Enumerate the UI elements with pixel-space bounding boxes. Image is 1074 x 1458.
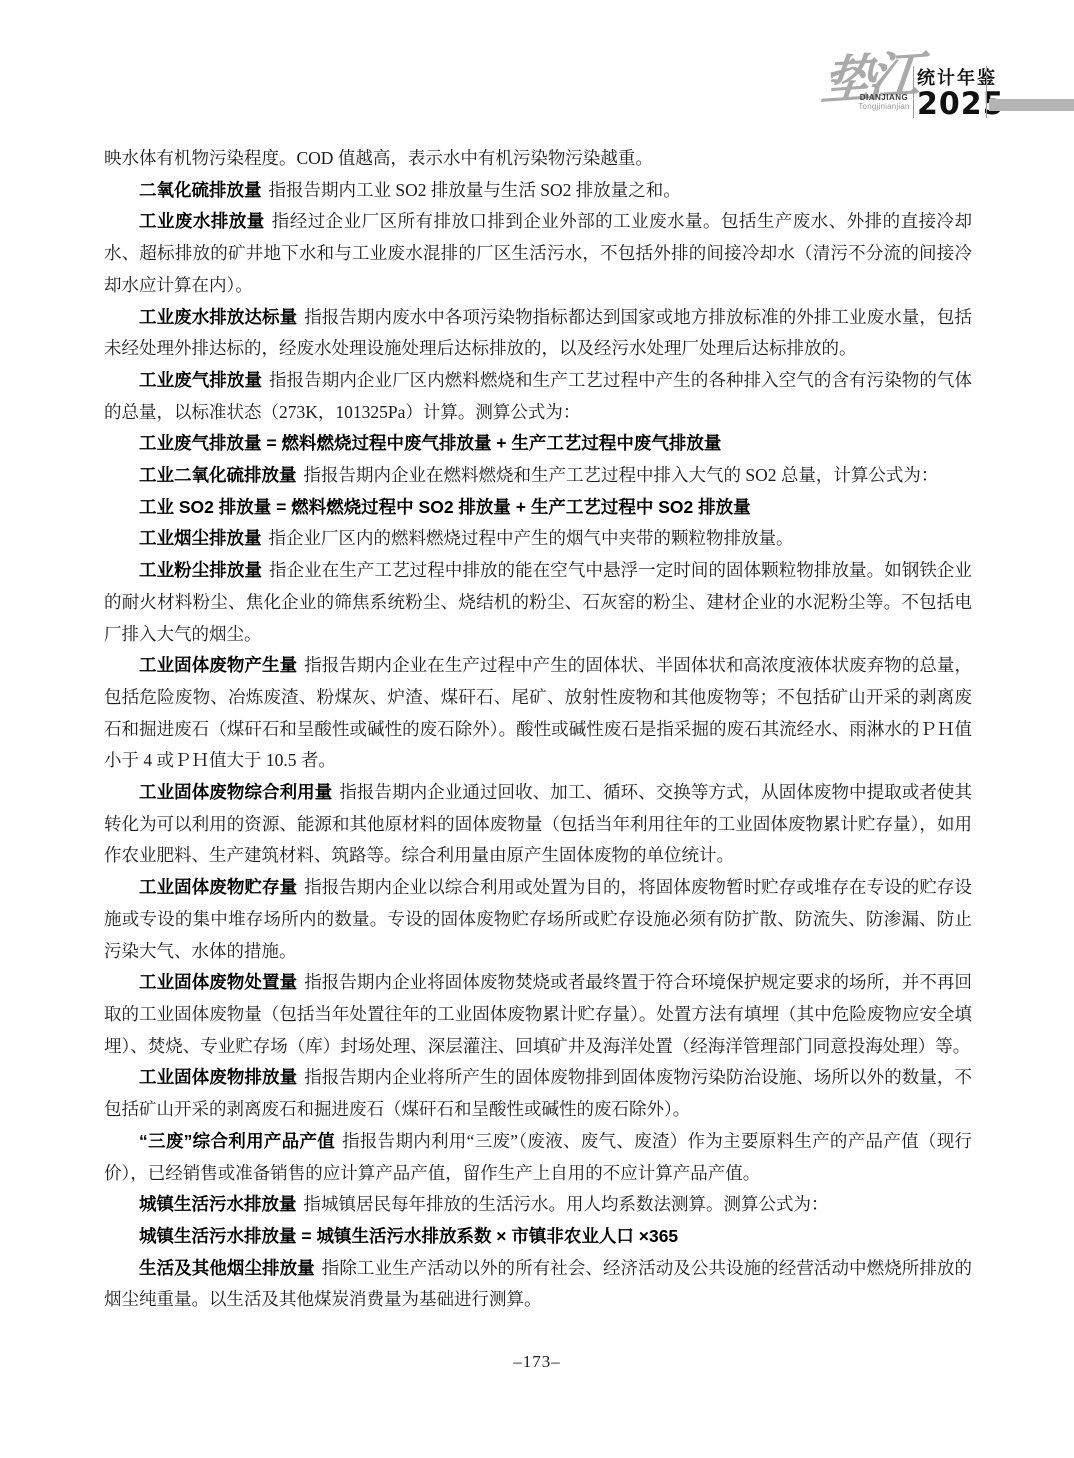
paragraph-continuation: 映水体有机物污染程度。COD 值越高，表示水中有机污染物污染越重。 — [104, 143, 972, 175]
definition-term: 工业废水排放达标量 — [139, 307, 297, 327]
formula-line: 工业废气排放量 = 燃料燃烧过程中废气排放量 + 生产工艺过程中废气排放量 — [104, 428, 972, 460]
definition-paragraph: 城镇生活污水排放量指城镇居民每年排放的生活污水。用人均系数法测算。测算公式为： — [104, 1189, 972, 1221]
definition-term: 城镇生活污水排放量 — [139, 1194, 297, 1214]
definition-paragraph: 工业固体废物产生量指报告期内企业在生产过程中产生的固体状、半固体状和高浓度液体状… — [104, 650, 972, 777]
definition-term: 工业烟尘排放量 — [139, 528, 262, 548]
definition-term: 工业粉尘排放量 — [139, 560, 262, 580]
document-body: 映水体有机物污染程度。COD 值越高，表示水中有机污染物污染越重。 二氧化硫排放… — [104, 143, 972, 1316]
definition-term: 工业废水排放量 — [139, 211, 265, 231]
definition-paragraph: 工业粉尘排放量指企业在生产工艺过程中排放的能在空气中悬浮一定时间的固体颗粒物排放… — [104, 555, 972, 650]
definition-term: 工业固体废物处置量 — [139, 972, 297, 992]
definition-paragraph: 工业二氧化硫排放量指报告期内企业在燃料燃烧和生产工艺过程中排入大气的 SO2 总… — [104, 460, 972, 492]
definition-term: “三废”综合利用产品产值 — [139, 1131, 335, 1151]
definition-paragraph: “三废”综合利用产品产值指报告期内利用“三废”（废液、废气、废渣）作为主要原料生… — [104, 1126, 972, 1189]
definition-paragraph: 工业烟尘排放量指企业厂区内的燃料燃烧过程中产生的烟气中夹带的颗粒物排放量。 — [104, 523, 972, 555]
definition-paragraph: 生活及其他烟尘排放量指除工业生产活动以外的所有社会、经济活动及公共设施的经营活动… — [104, 1253, 972, 1316]
logo-latin-name: DIANJIANG — [856, 93, 912, 102]
definition-term: 工业固体废物排放量 — [139, 1067, 297, 1087]
definition-term: 工业固体废物贮存量 — [139, 877, 297, 897]
definition-term: 工业废气排放量 — [139, 370, 262, 390]
definition-term: 生活及其他烟尘排放量 — [139, 1258, 315, 1278]
logo-latin-subtitle: Tongjinianjian — [856, 102, 912, 111]
header-divider-right — [986, 66, 987, 118]
definition-paragraph: 工业废气排放量指报告期内企业厂区内燃料燃烧和生产工艺过程中产生的各种排入空气的含… — [104, 365, 972, 428]
definition-term: 工业固体废物综合利用量 — [139, 782, 332, 802]
definition-paragraph: 工业固体废物贮存量指报告期内企业以综合利用或处置为目的，将固体废物暂时贮存或堆存… — [104, 872, 972, 967]
definition-term: 二氧化硫排放量 — [139, 180, 262, 200]
definition-term: 工业二氧化硫排放量 — [139, 465, 297, 485]
definition-term: 工业固体废物产生量 — [139, 655, 297, 675]
logo-latin-block: DIANJIANG Tongjinianjian — [856, 93, 912, 111]
definition-paragraph: 二氧化硫排放量指报告期内工业 SO2 排放量与生活 SO2 排放量之和。 — [104, 175, 972, 207]
yearbook-title-block: 统计年鉴 2025 — [917, 67, 983, 119]
header-divider-left — [913, 66, 914, 118]
yearbook-page: 垫江 DIANJIANG Tongjinianjian 统计年鉴 2025 映水… — [0, 0, 1074, 1458]
definition-paragraph: 工业固体废物处置量指报告期内企业将固体废物焚烧或者最终置于符合环境保护规定要求的… — [104, 967, 972, 1062]
definition-paragraph: 工业废水排放量指经过企业厂区所有排放口排到企业外部的工业废水量。包括生产废水、外… — [104, 206, 972, 301]
header-rule-bar — [989, 99, 1074, 111]
page-number: –173– — [0, 1352, 1074, 1372]
yearbook-year: 2025 — [917, 89, 983, 121]
definition-paragraph: 工业固体废物综合利用量指报告期内企业通过回收、加工、循环、交换等方式，从固体废物… — [104, 777, 972, 872]
formula-line: 工业 SO2 排放量 = 燃料燃烧过程中 SO2 排放量 + 生产工艺过程中 S… — [104, 492, 972, 524]
definition-paragraph: 工业固体废物排放量指报告期内企业将所产生的固体废物排到固体废物污染防治设施、场所… — [104, 1062, 972, 1125]
formula-line: 城镇生活污水排放量 = 城镇生活污水排放系数 × 市镇非农业人口 ×365 — [104, 1221, 972, 1253]
definition-paragraph: 工业废水排放达标量指报告期内废水中各项污染物指标都达到国家或地方排放标准的外排工… — [104, 302, 972, 365]
